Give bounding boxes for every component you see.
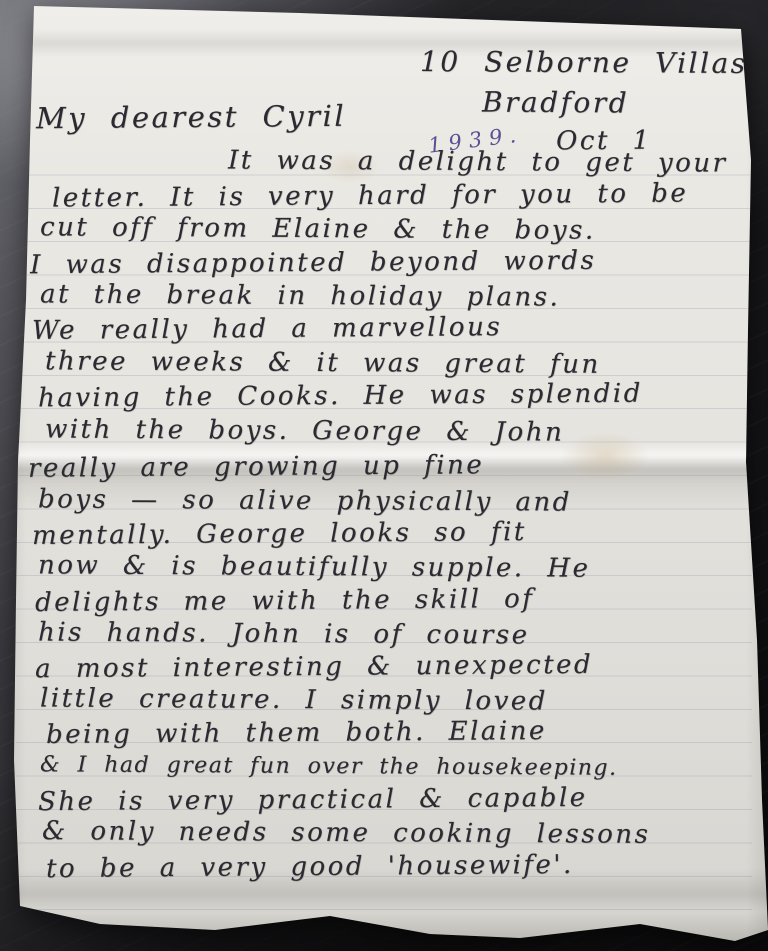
letter-line: delights me with the skill of bbox=[35, 584, 535, 618]
letter-line: She is very practical & capable bbox=[38, 783, 588, 817]
letter-line: really are growing up fine bbox=[28, 450, 484, 484]
letter-line: three weeks & it was great fun bbox=[45, 346, 601, 379]
letter-line: his hands. John is of course bbox=[38, 617, 530, 650]
letter-line: a most interesting & unexpected bbox=[35, 650, 593, 684]
letter-line: at the break in holiday plans. bbox=[40, 279, 560, 312]
letter-paper: 10 Selborne Villas Bradford 1939. Oct 1 … bbox=[0, 0, 768, 951]
address-line-2: Bradford bbox=[482, 86, 629, 120]
letter-line: I was disappointed beyond words bbox=[30, 246, 597, 280]
letter-line: now & is beautifully supple. He bbox=[38, 550, 591, 583]
letter-line: We really had a marvellous bbox=[32, 312, 502, 346]
letter-line: being with them both. Elaine bbox=[46, 716, 547, 750]
letter-line: letter. It is very hard for you to be bbox=[52, 179, 688, 214]
salutation: My dearest Cyril bbox=[36, 99, 346, 135]
address-line-1: 10 Selborne Villas bbox=[420, 45, 748, 80]
letter-line: mentally. George looks so fit bbox=[32, 517, 527, 551]
letter-line: boys — so alive physically and bbox=[38, 484, 572, 517]
letter-line: having the Cooks. He was splendid bbox=[38, 379, 643, 414]
letter-line: & only needs some cooking lessons bbox=[42, 816, 651, 850]
letter-photo: 10 Selborne Villas Bradford 1939. Oct 1 … bbox=[0, 0, 768, 951]
letter-line: little creature. I simply loved bbox=[40, 683, 548, 716]
letter-line: to be a very good 'housewife'. bbox=[46, 850, 574, 884]
letter-line: It was a delight to get your bbox=[228, 145, 728, 178]
letter-line: & I had great fun over the housekeeping. bbox=[40, 752, 618, 781]
paper-stain bbox=[560, 432, 650, 480]
letter-line: cut off from Elaine & the boys. bbox=[40, 212, 596, 245]
letter-line: with the boys. George & John bbox=[45, 414, 564, 447]
